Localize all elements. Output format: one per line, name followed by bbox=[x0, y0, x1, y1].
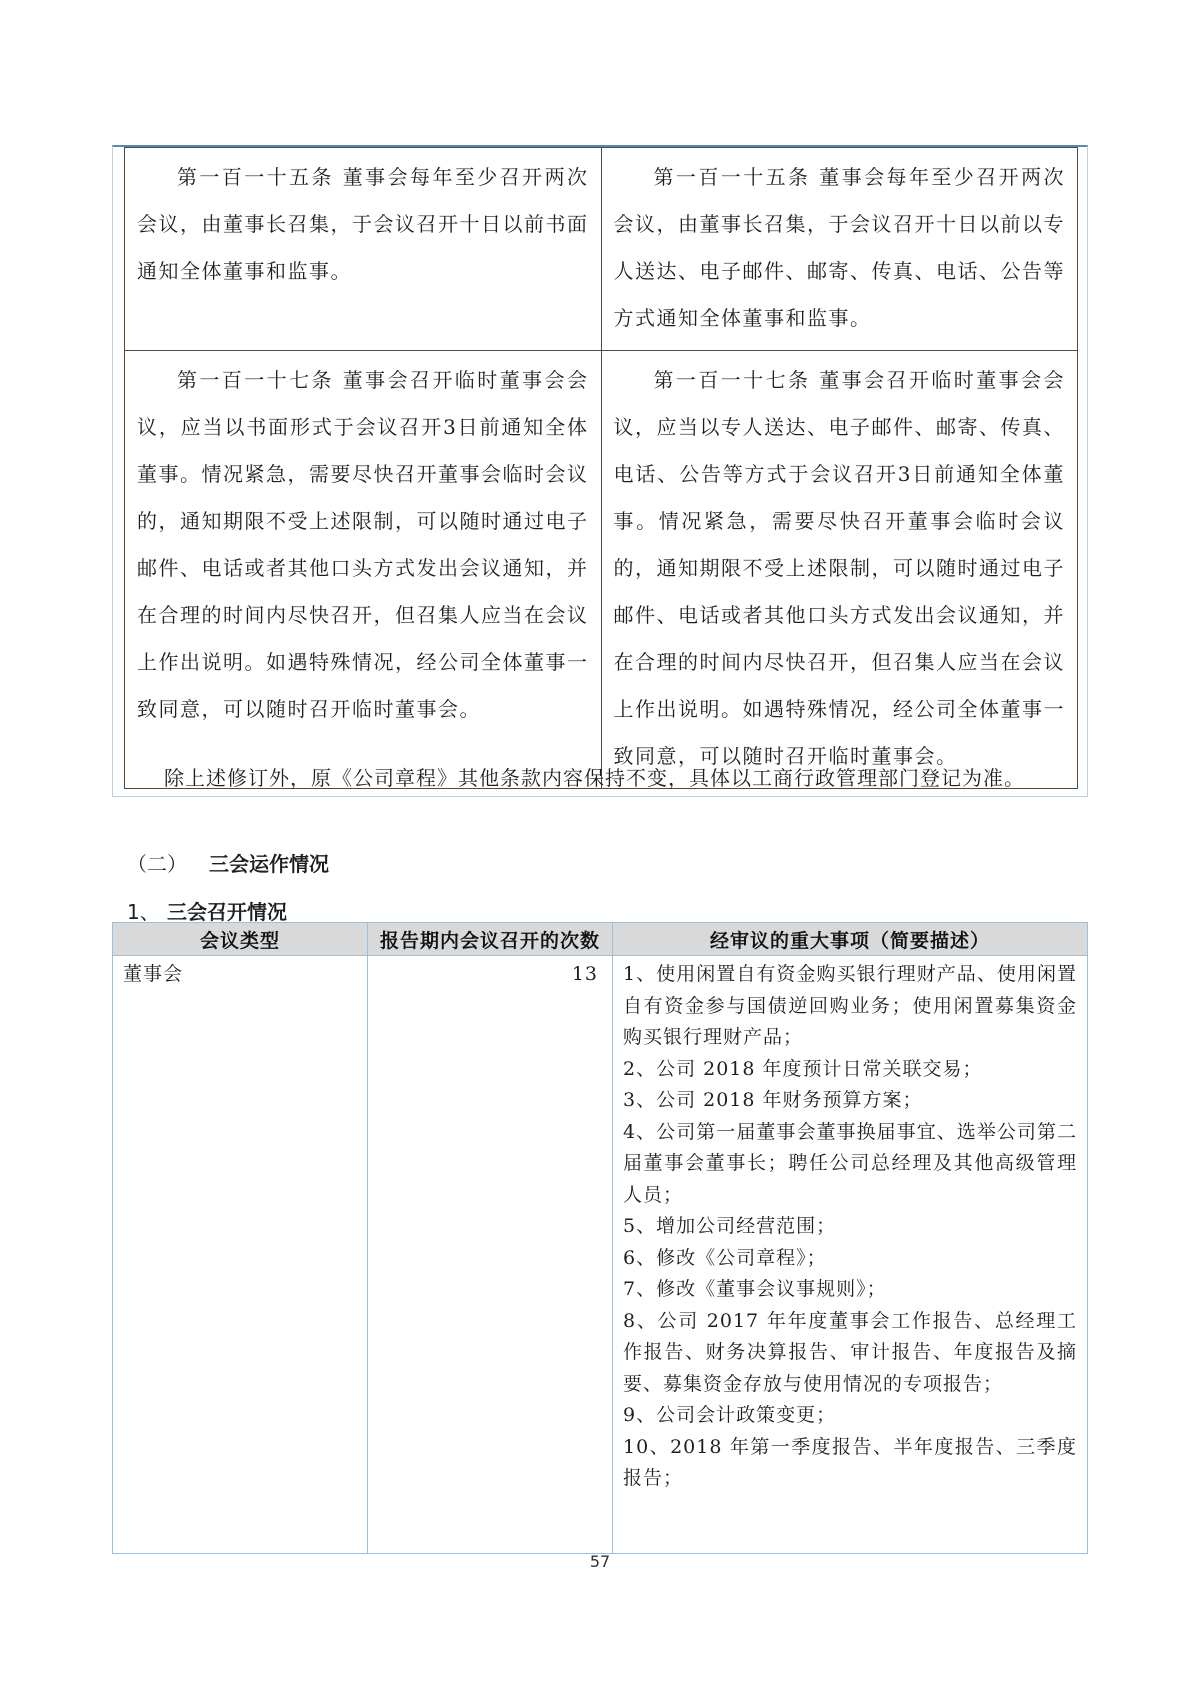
matter-item: 10、2018 年第一季度报告、半年度报告、三季度报告； bbox=[623, 1432, 1077, 1495]
table-row: 董事会 13 1、使用闲置自有资金购买银行理财产品、使用闲置自有资金参与国债逆回… bbox=[113, 956, 1088, 1554]
matter-item: 8、公司 2017 年年度董事会工作报告、总经理工作报告、财务决算报告、审计报告… bbox=[623, 1306, 1077, 1401]
subsection-title: 三会召开情况 bbox=[167, 900, 287, 924]
table-row: 第一百一十七条 董事会召开临时董事会会议，应当以书面形式于会议召开3日前通知全体… bbox=[125, 351, 1078, 789]
revised-clause-cell: 第一百一十五条 董事会每年至少召开两次会议，由董事长召集，于会议召开十日以前以专… bbox=[601, 148, 1078, 351]
matter-item: 3、公司 2018 年财务预算方案； bbox=[623, 1085, 1077, 1117]
revised-clause-cell: 第一百一十七条 董事会召开临时董事会会议，应当以专人送达、电子邮件、邮寄、传真、… bbox=[601, 351, 1078, 789]
section-number: （二） bbox=[127, 848, 209, 877]
header-major-matters: 经审议的重大事项（简要描述） bbox=[613, 923, 1088, 956]
matter-item: 4、公司第一届董事会董事换届事宜、选举公司第二届董事会董事长；聘任公司总经理及其… bbox=[623, 1117, 1077, 1212]
matter-item: 2、公司 2018 年度预计日常关联交易； bbox=[623, 1054, 1077, 1086]
section-title: 三会运作情况 bbox=[209, 852, 329, 876]
matter-item: 7、修改《董事会议事规则》； bbox=[623, 1274, 1077, 1306]
matter-item: 9、公司会计政策变更； bbox=[623, 1400, 1077, 1432]
table-header-row: 会议类型 报告期内会议召开的次数 经审议的重大事项（简要描述） bbox=[113, 923, 1088, 956]
major-matters-cell: 1、使用闲置自有资金购买银行理财产品、使用闲置自有资金参与国债逆回购业务；使用闲… bbox=[613, 956, 1088, 1554]
subsection-heading: 1、三会召开情况 bbox=[127, 896, 287, 925]
original-clause-text: 第一百一十七条 董事会召开临时董事会会议，应当以书面形式于会议召开3日前通知全体… bbox=[137, 357, 589, 733]
original-clause-cell: 第一百一十五条 董事会每年至少召开两次会议，由董事长召集，于会议召开十日以前书面… bbox=[125, 148, 602, 351]
table-row: 第一百一十五条 董事会每年至少召开两次会议，由董事长召集，于会议召开十日以前书面… bbox=[125, 148, 1078, 351]
matter-item: 1、使用闲置自有资金购买银行理财产品、使用闲置自有资金参与国债逆回购业务；使用闲… bbox=[623, 959, 1077, 1054]
page-number: 57 bbox=[0, 1552, 1200, 1571]
meetings-table: 会议类型 报告期内会议召开的次数 经审议的重大事项（简要描述） 董事会 13 1… bbox=[112, 922, 1088, 1554]
section-heading: （二）三会运作情况 bbox=[127, 848, 329, 877]
matter-item: 6、修改《公司章程》； bbox=[623, 1243, 1077, 1275]
amendment-note: 除上述修订外，原《公司章程》其他条款内容保持不变，具体以工商行政管理部门登记为准… bbox=[164, 762, 1025, 791]
header-meeting-count: 报告期内会议召开的次数 bbox=[368, 923, 613, 956]
header-meeting-type: 会议类型 bbox=[113, 923, 368, 956]
meeting-count-cell: 13 bbox=[368, 956, 613, 1554]
matter-item: 5、增加公司经营范围； bbox=[623, 1211, 1077, 1243]
amendment-comparison-table: 第一百一十五条 董事会每年至少召开两次会议，由董事长召集，于会议召开十日以前书面… bbox=[124, 147, 1078, 789]
original-clause-text: 第一百一十五条 董事会每年至少召开两次会议，由董事长召集，于会议召开十日以前书面… bbox=[137, 154, 589, 295]
meeting-type-cell: 董事会 bbox=[113, 956, 368, 1554]
subsection-number: 1、 bbox=[127, 896, 167, 925]
original-clause-cell: 第一百一十七条 董事会召开临时董事会会议，应当以书面形式于会议召开3日前通知全体… bbox=[125, 351, 602, 789]
revised-clause-text: 第一百一十七条 董事会召开临时董事会会议，应当以专人送达、电子邮件、邮寄、传真、… bbox=[614, 357, 1066, 780]
revised-clause-text: 第一百一十五条 董事会每年至少召开两次会议，由董事长召集，于会议召开十日以前以专… bbox=[614, 154, 1066, 342]
